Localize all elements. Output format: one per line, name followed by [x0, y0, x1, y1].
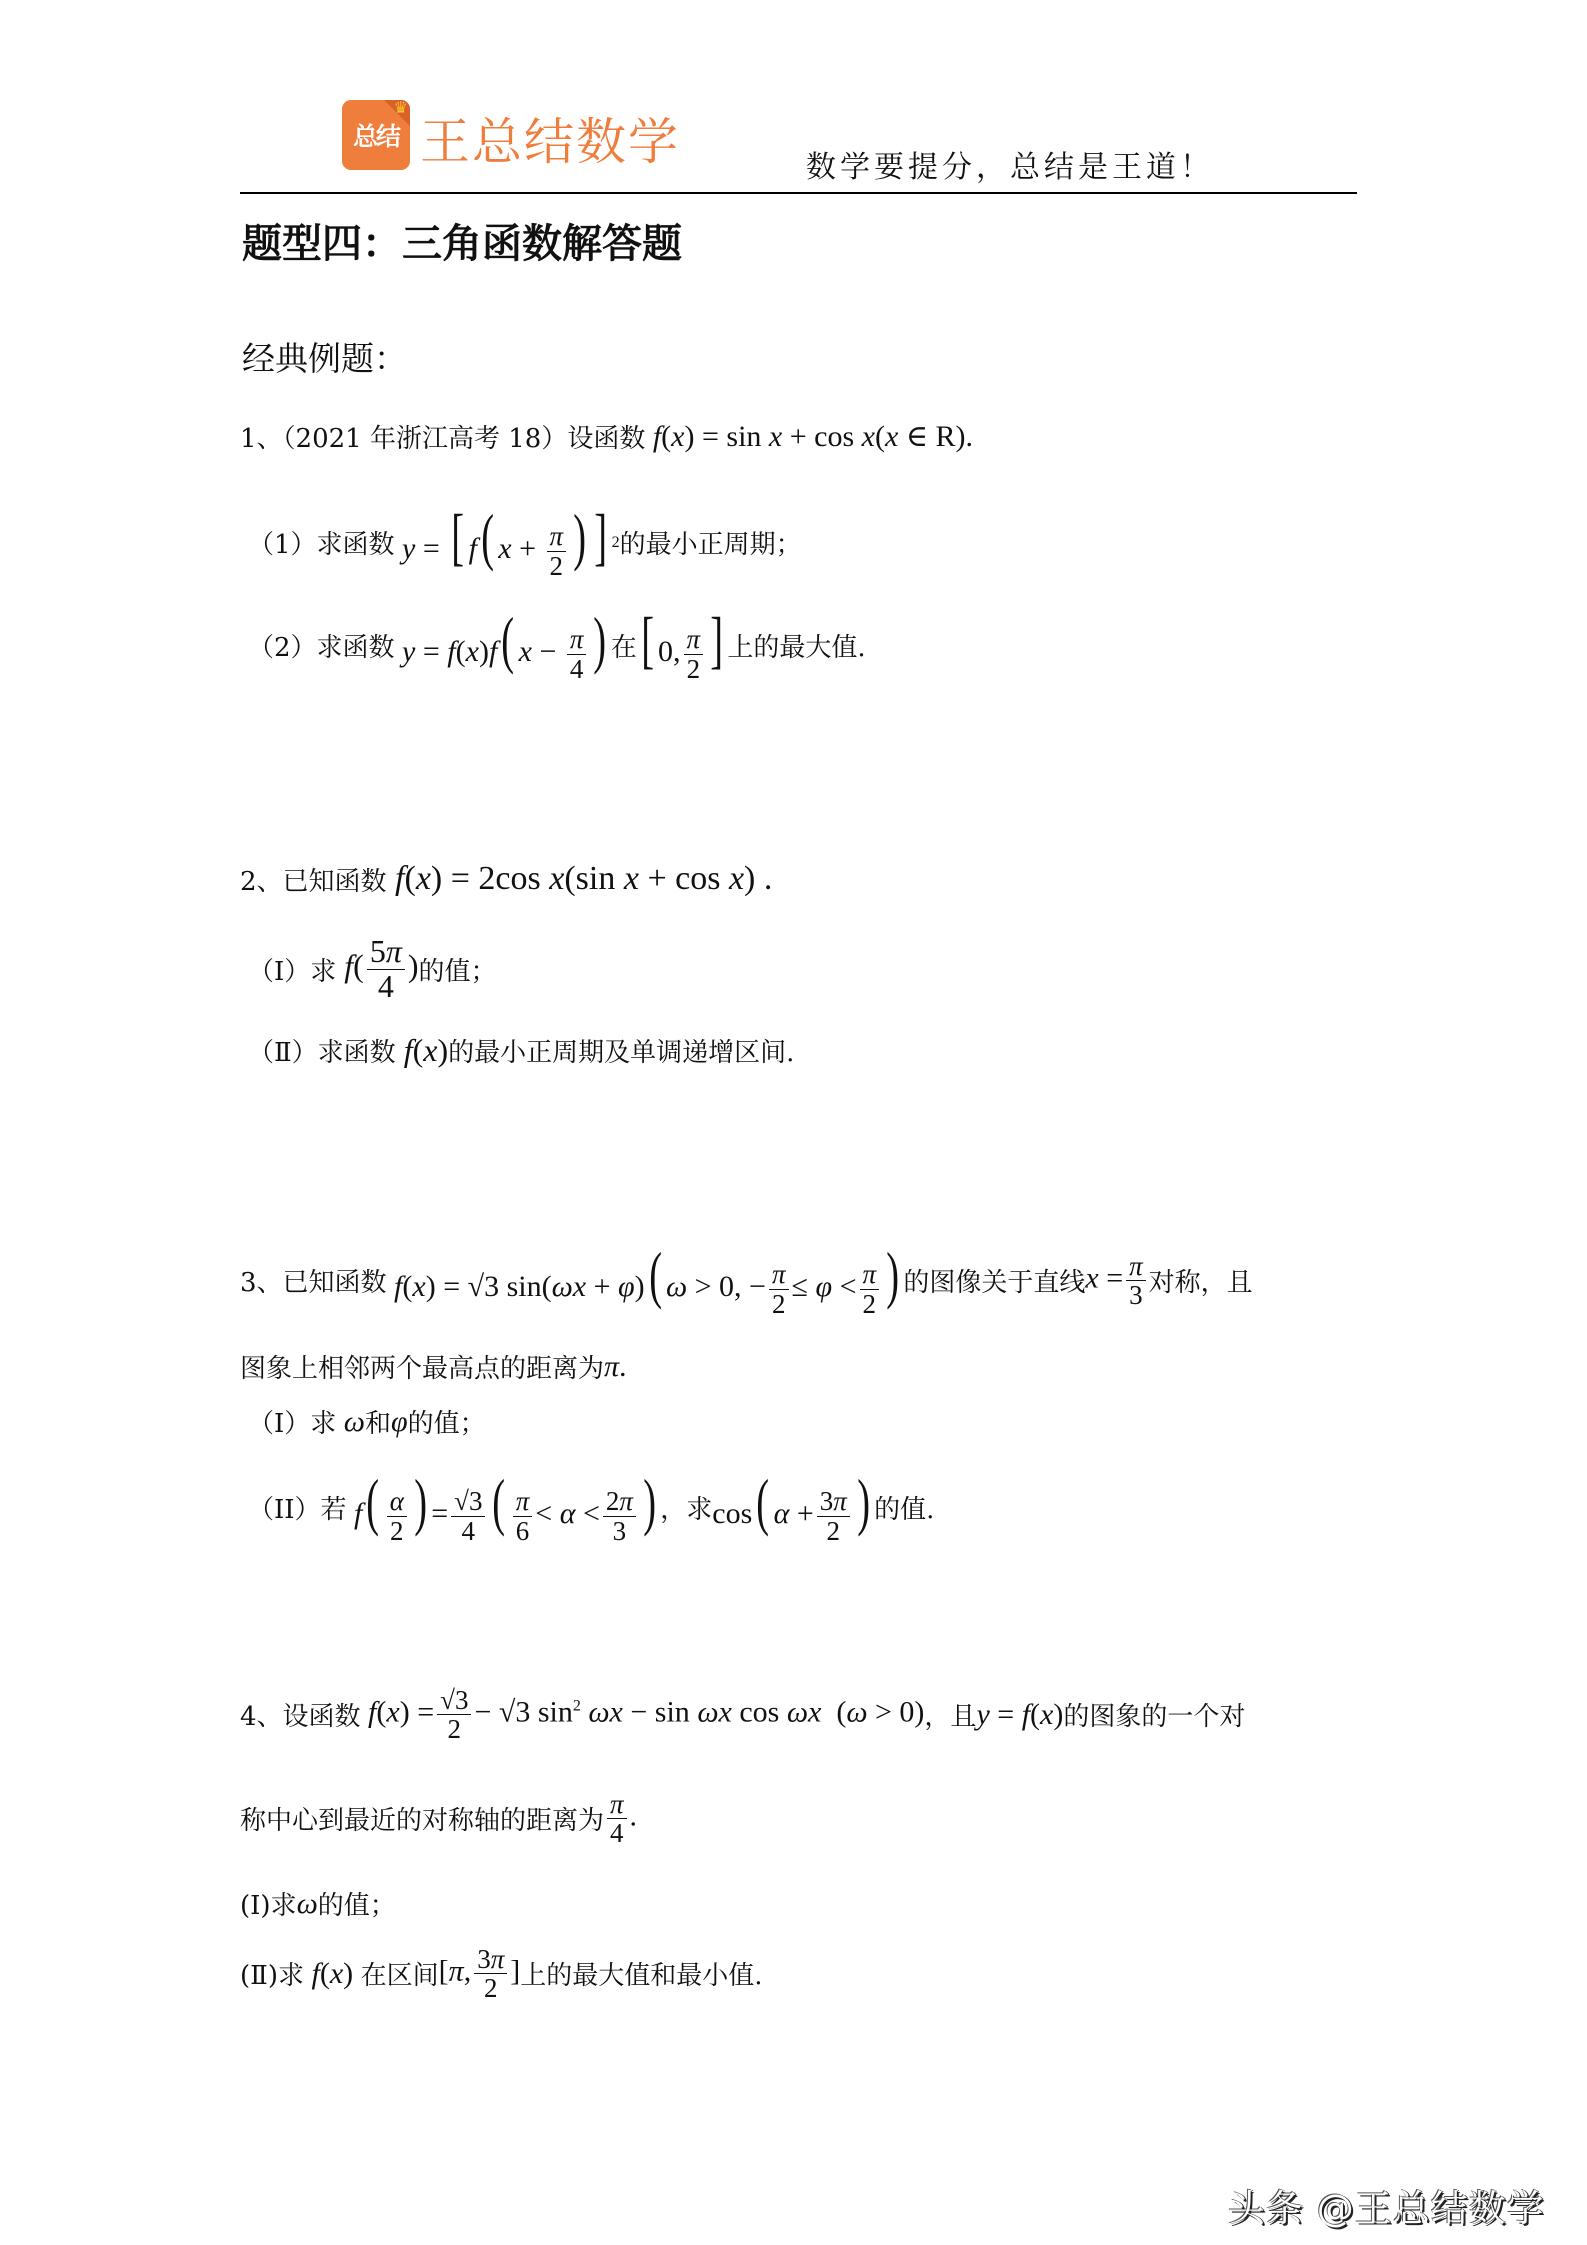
problem-3-stem: 3、已知函数 f(x) = √3 sin(ωx + φ)(ω > 0, −π2≤…: [240, 1243, 1253, 1318]
part-formula: f(x): [396, 1032, 448, 1069]
symmetry-line: x =π3: [1085, 1252, 1148, 1310]
omega: ω: [297, 1887, 318, 1921]
part-formula: f(α2)=√34(π6< α <2π3): [347, 1470, 661, 1545]
fx: f(x): [304, 1957, 361, 1991]
problem-4-line-2-text: 称中心到最近的对称轴的距离为: [240, 1800, 604, 1837]
section-subtitle: 经典例题：: [242, 333, 407, 380]
problem-4-part-1: (Ⅰ)求 ω 的值；: [240, 1885, 396, 1922]
part-suffix: 的值.: [874, 1489, 934, 1526]
slogan: 数学要提分，总结是王道！: [806, 142, 1214, 186]
problem-3-formula: f(x) = √3 sin(ωx + φ)(ω > 0, −π2≤ φ <π2): [387, 1243, 904, 1318]
problem-1-formula: f(x) = sin x + cos x(x ∈ R).: [645, 419, 973, 454]
part-mid: 在: [611, 627, 637, 664]
part-suffix: 的值；: [408, 1403, 486, 1440]
brand-name: 王总结数学: [420, 102, 680, 174]
part-suffix: 的值；: [419, 951, 497, 988]
part-label: (Ⅰ)求: [240, 1885, 297, 1922]
problem-4-formula: f(x) =√32− √3 sin2 ωx − sin ωx cos ωx (ω…: [361, 1686, 925, 1744]
problem-3-label: 3、已知函数: [240, 1262, 387, 1299]
phi: φ: [391, 1405, 408, 1439]
problem-3-mid: 的图像关于直线: [903, 1262, 1085, 1299]
part-label: （2）求函数: [248, 627, 395, 664]
part-suffix: 上的最大值和最小值.: [520, 1955, 762, 1992]
part-formula: y = f(x)f(x − π4): [395, 608, 611, 683]
problem-3-end: 对称，且: [1149, 1262, 1253, 1299]
problem-4-line-2: 称中心到最近的对称轴的距离为 π4.: [240, 1790, 637, 1848]
problem-4-label: 4、设函数: [240, 1696, 361, 1733]
problem-2-formula: f(x) = 2cos x(sin x + cos x) .: [387, 860, 773, 898]
part-suffix: 的值；: [318, 1885, 396, 1922]
cos-formula: cos(α +3π2): [712, 1470, 874, 1545]
interval: [π,3π2]: [439, 1945, 521, 2003]
part-suffix: 上的最大值.: [727, 627, 865, 664]
problem-4-part-2: (Ⅱ)求 f(x) 在区间 [π,3π2] 上的最大值和最小值.: [240, 1945, 762, 2003]
interval: [0,π2]: [637, 608, 728, 683]
problem-4-stem: 4、设函数 f(x) =√32− √3 sin2 ωx − sin ωx cos…: [240, 1686, 1245, 1744]
part-formula: f(5π4): [336, 935, 418, 1003]
problem-3-line-2: 图象上相邻两个最高点的距离为 π.: [240, 1348, 627, 1385]
part-label: (Ⅱ)求: [240, 1955, 304, 1992]
part-label: （I）求: [248, 1403, 336, 1440]
problem-4-mid: ，且: [924, 1696, 976, 1733]
problem-3-part-1: （I）求 ω 和 φ 的值；: [248, 1403, 486, 1440]
part-label: （Ⅱ）求函数: [248, 1032, 396, 1069]
distance-formula: π4.: [604, 1790, 637, 1848]
part-formula: y = [f(x + π2)]2: [395, 505, 620, 580]
part-mid: 在区间: [361, 1955, 439, 1992]
part-label: （II）若: [248, 1489, 347, 1526]
problem-3-line-2-text: 图象上相邻两个最高点的距离为: [240, 1348, 604, 1385]
problem-2-stem: 2、已知函数 f(x) = 2cos x(sin x + cos x) .: [240, 860, 772, 898]
pi-symbol: π: [604, 1350, 619, 1384]
logo-badge: ♛ 总结: [342, 100, 410, 170]
part-label: （1）求函数: [248, 524, 395, 561]
problem-2-part-1: （Ⅰ）求 f(5π4) 的值；: [248, 935, 497, 1003]
header-rule: [240, 192, 1357, 194]
problem-4-end: 的图象的一个对: [1063, 1696, 1245, 1733]
part-suffix: 的最小正周期；: [620, 524, 802, 561]
problem-2-label: 2、已知函数: [240, 861, 387, 898]
crown-icon: ♛: [394, 100, 408, 117]
problem-1-part-2: （2）求函数 y = f(x)f(x − π4) 在 [0,π2] 上的最大值.: [248, 608, 866, 683]
part-label: （Ⅰ）求: [248, 951, 336, 988]
part-suffix: 的最小正周期及单调递增区间.: [448, 1032, 794, 1069]
y-equals-fx: y = f(x): [976, 1698, 1063, 1732]
and-text: 和: [365, 1403, 391, 1440]
omega: ω: [336, 1405, 365, 1439]
problem-2-part-2: （Ⅱ）求函数 f(x) 的最小正周期及单调递增区间.: [248, 1032, 794, 1069]
problem-1-stem: 1、（2021 年浙江高考 18）设函数 f(x) = sin x + cos …: [240, 418, 973, 455]
problem-3-part-2: （II）若 f(α2)=√34(π6< α <2π3) ，求 cos(α +3π…: [248, 1470, 934, 1545]
problem-1-part-1: （1）求函数 y = [f(x + π2)]2 的最小正周期；: [248, 505, 802, 580]
problem-1-label: 1、（2021 年浙江高考 18）设函数: [240, 418, 645, 455]
watermark: 头条 @王总结数学: [1228, 2178, 1545, 2232]
page-title: 题型四：三角函数解答题: [242, 212, 682, 269]
part-mid: ，求: [660, 1489, 712, 1526]
